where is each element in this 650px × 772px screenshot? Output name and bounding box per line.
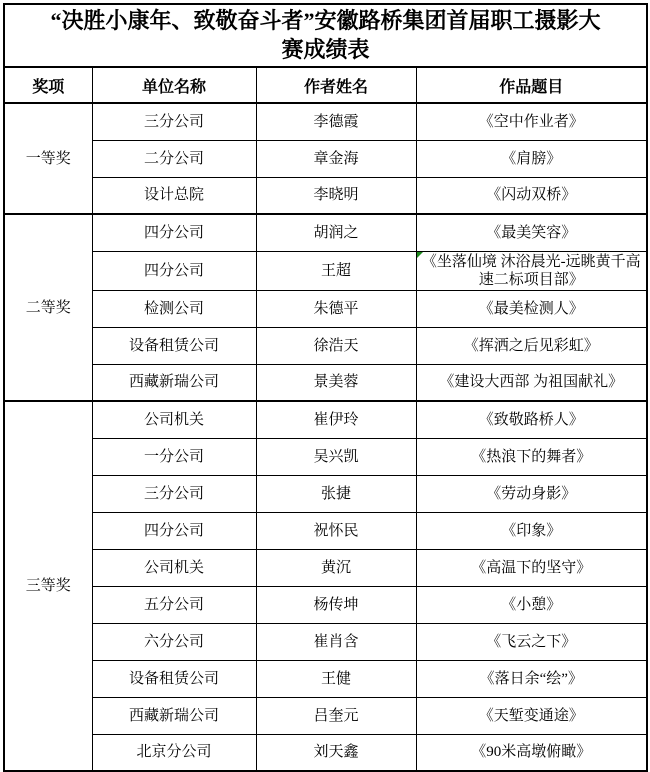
table-row: 四分公司祝怀民《印象》: [4, 512, 647, 549]
table-row: 公司机关黄沉《高温下的坚守》: [4, 549, 647, 586]
work-cell-text: 《天堑变通途》: [479, 708, 584, 724]
work-cell-text: 《小憩》: [501, 597, 561, 613]
table-row: 五分公司杨传坤《小憩》: [4, 586, 647, 623]
column-header-award: 奖项: [4, 67, 92, 103]
work-cell-text: 《热浪下的舞者》: [471, 449, 591, 465]
document-page: “决胜小康年、致敬奋斗者”安徽路桥集团首届职工摄影大赛成绩表 奖项 单位名称 作…: [0, 0, 650, 770]
unit-cell: 设备租赁公司: [92, 327, 256, 364]
author-cell: 崔伊玲: [256, 401, 416, 438]
unit-cell-text: 三分公司: [144, 114, 204, 130]
work-cell-text: 《90米高墩俯瞰》: [471, 744, 591, 760]
work-cell-text: 《空中作业者》: [479, 114, 584, 130]
work-cell-text: 《落日余“绘”》: [480, 671, 583, 687]
author-cell: 朱德平: [256, 290, 416, 327]
author-cell: 胡润之: [256, 214, 416, 251]
unit-cell: 二分公司: [92, 140, 256, 177]
table-row: 一分公司吴兴凯《热浪下的舞者》: [4, 438, 647, 475]
author-cell: 杨传坤: [256, 586, 416, 623]
author-cell-text: 章金海: [313, 151, 358, 167]
author-cell-text: 崔伊玲: [313, 412, 358, 428]
unit-cell: 六分公司: [92, 623, 256, 660]
work-cell-text: 《闪动双桥》: [486, 187, 576, 203]
work-cell: 《空中作业者》: [416, 103, 647, 140]
work-cell: 《肩膀》: [416, 140, 647, 177]
title-row: “决胜小康年、致敬奋斗者”安徽路桥集团首届职工摄影大赛成绩表: [4, 4, 647, 67]
work-cell-text: 《飞云之下》: [486, 634, 576, 650]
table-row: 三等奖公司机关崔伊玲《致敬路桥人》: [4, 401, 647, 438]
author-cell-text: 吴兴凯: [313, 449, 358, 465]
award-cell: 一等奖: [4, 103, 92, 214]
work-cell-text: 《高温下的坚守》: [471, 560, 591, 576]
work-cell: 《闪动双桥》: [416, 177, 647, 214]
unit-cell-text: 检测公司: [144, 301, 204, 317]
unit-cell-text: 设备租赁公司: [129, 338, 219, 354]
unit-cell: 四分公司: [92, 214, 256, 251]
author-cell: 李晓明: [256, 177, 416, 214]
unit-cell-text: 二分公司: [144, 151, 204, 167]
table-head: “决胜小康年、致敬奋斗者”安徽路桥集团首届职工摄影大赛成绩表 奖项 单位名称 作…: [4, 4, 647, 103]
work-cell-text: 《印象》: [501, 523, 561, 539]
author-cell-text: 景美蓉: [313, 374, 358, 390]
table-row: 六分公司崔肖含《飞云之下》: [4, 623, 647, 660]
work-cell-text: 《建设大西部 为祖国献礼》: [439, 374, 623, 390]
unit-cell: 四分公司: [92, 251, 256, 290]
work-cell: 《小憩》: [416, 586, 647, 623]
work-cell: 《落日余“绘”》: [416, 660, 647, 697]
unit-cell: 西藏新瑞公司: [92, 697, 256, 734]
work-cell: 《挥洒之后见彩虹》: [416, 327, 647, 364]
column-header-work: 作品题目: [416, 67, 647, 103]
author-cell: 张捷: [256, 475, 416, 512]
unit-cell: 一分公司: [92, 438, 256, 475]
work-cell: 《致敬路桥人》: [416, 401, 647, 438]
author-cell: 王健: [256, 660, 416, 697]
unit-cell-text: 六分公司: [144, 634, 204, 650]
work-cell-text: 《劳动身影》: [486, 486, 576, 502]
work-cell: 《天堑变通途》: [416, 697, 647, 734]
unit-cell-text: 公司机关: [144, 560, 204, 576]
unit-cell-text: 四分公司: [144, 263, 204, 279]
page-title: “决胜小康年、致敬奋斗者”安徽路桥集团首届职工摄影大赛成绩表: [4, 4, 647, 67]
unit-cell-text: 五分公司: [144, 597, 204, 613]
author-cell-text: 崔肖含: [313, 634, 358, 650]
results-body: 一等奖三分公司李德霞《空中作业者》二分公司章金海《肩膀》设计总院李晓明《闪动双桥…: [4, 103, 647, 771]
unit-cell-text: 三分公司: [144, 486, 204, 502]
table-row: 一等奖三分公司李德霞《空中作业者》: [4, 103, 647, 140]
author-cell-text: 祝怀民: [313, 523, 358, 539]
table-row: 西藏新瑞公司吕奎元《天堑变通途》: [4, 697, 647, 734]
author-cell: 吕奎元: [256, 697, 416, 734]
unit-cell: 北京分公司: [92, 734, 256, 771]
work-cell: 《建设大西部 为祖国献礼》: [416, 364, 647, 401]
work-cell: 《最美检测人》: [416, 290, 647, 327]
author-cell: 吴兴凯: [256, 438, 416, 475]
author-cell: 章金海: [256, 140, 416, 177]
table-row: 设备租赁公司徐浩天《挥洒之后见彩虹》: [4, 327, 647, 364]
work-cell: 《最美笑容》: [416, 214, 647, 251]
work-cell-text: 《肩膀》: [501, 151, 561, 167]
work-cell: 《坐落仙境 沐浴晨光-远眺黄千高速二标项目部》: [416, 251, 647, 290]
table-row: 三分公司张捷《劳动身影》: [4, 475, 647, 512]
work-cell-text: 《坐落仙境 沐浴晨光-远眺黄千高速二标项目部》: [422, 254, 641, 288]
work-cell: 《印象》: [416, 512, 647, 549]
unit-cell: 检测公司: [92, 290, 256, 327]
author-cell-text: 徐浩天: [313, 338, 358, 354]
cell-corner-marker-icon: [417, 252, 423, 258]
unit-cell-text: 四分公司: [144, 523, 204, 539]
author-cell-text: 朱德平: [313, 301, 358, 317]
unit-cell-text: 北京分公司: [136, 744, 211, 760]
table-row: 二分公司章金海《肩膀》: [4, 140, 647, 177]
unit-cell: 设计总院: [92, 177, 256, 214]
table-row: 四分公司王超《坐落仙境 沐浴晨光-远眺黄千高速二标项目部》: [4, 251, 647, 290]
unit-cell-text: 设备租赁公司: [129, 671, 219, 687]
work-cell-text: 《最美笑容》: [486, 225, 576, 241]
table-row: 西藏新瑞公司景美蓉《建设大西部 为祖国献礼》: [4, 364, 647, 401]
table-row: 检测公司朱德平《最美检测人》: [4, 290, 647, 327]
author-cell: 祝怀民: [256, 512, 416, 549]
unit-cell-text: 公司机关: [144, 412, 204, 428]
unit-cell: 公司机关: [92, 549, 256, 586]
unit-cell: 三分公司: [92, 103, 256, 140]
work-cell: 《热浪下的舞者》: [416, 438, 647, 475]
author-cell-text: 刘天鑫: [313, 744, 358, 760]
work-cell-text: 《最美检测人》: [479, 301, 584, 317]
author-cell-text: 杨传坤: [313, 597, 358, 613]
author-cell: 刘天鑫: [256, 734, 416, 771]
author-cell: 王超: [256, 251, 416, 290]
author-cell-text: 张捷: [321, 486, 351, 502]
author-cell-text: 李晓明: [313, 187, 358, 203]
work-cell: 《劳动身影》: [416, 475, 647, 512]
author-cell: 景美蓉: [256, 364, 416, 401]
author-cell-text: 王健: [321, 671, 351, 687]
column-header-author: 作者姓名: [256, 67, 416, 103]
results-table: “决胜小康年、致敬奋斗者”安徽路桥集团首届职工摄影大赛成绩表 奖项 单位名称 作…: [3, 3, 648, 772]
table-row: 北京分公司刘天鑫《90米高墩俯瞰》: [4, 734, 647, 771]
unit-cell: 四分公司: [92, 512, 256, 549]
work-cell-text: 《挥洒之后见彩虹》: [464, 338, 599, 354]
author-cell-text: 李德霞: [313, 114, 358, 130]
author-cell-text: 王超: [321, 263, 351, 279]
table-row: 设备租赁公司王健《落日余“绘”》: [4, 660, 647, 697]
unit-cell-text: 西藏新瑞公司: [129, 708, 219, 724]
author-cell-text: 吕奎元: [313, 708, 358, 724]
column-header-unit: 单位名称: [92, 67, 256, 103]
work-cell-text: 《致敬路桥人》: [479, 412, 584, 428]
author-cell: 李德霞: [256, 103, 416, 140]
table-row: 设计总院李晓明《闪动双桥》: [4, 177, 647, 214]
author-cell: 徐浩天: [256, 327, 416, 364]
author-cell-text: 胡润之: [313, 225, 358, 241]
author-cell: 崔肖含: [256, 623, 416, 660]
header-row: 奖项 单位名称 作者姓名 作品题目: [4, 67, 647, 103]
unit-cell-text: 西藏新瑞公司: [129, 374, 219, 390]
award-cell: 二等奖: [4, 214, 92, 401]
table-row: 二等奖四分公司胡润之《最美笑容》: [4, 214, 647, 251]
unit-cell: 设备租赁公司: [92, 660, 256, 697]
unit-cell-text: 一分公司: [144, 449, 204, 465]
work-cell: 《高温下的坚守》: [416, 549, 647, 586]
unit-cell-text: 四分公司: [144, 225, 204, 241]
author-cell-text: 黄沉: [321, 560, 351, 576]
award-cell: 三等奖: [4, 401, 92, 771]
work-cell: 《飞云之下》: [416, 623, 647, 660]
unit-cell-text: 设计总院: [144, 187, 204, 203]
author-cell: 黄沉: [256, 549, 416, 586]
unit-cell: 三分公司: [92, 475, 256, 512]
unit-cell: 五分公司: [92, 586, 256, 623]
unit-cell: 西藏新瑞公司: [92, 364, 256, 401]
unit-cell: 公司机关: [92, 401, 256, 438]
work-cell: 《90米高墩俯瞰》: [416, 734, 647, 771]
